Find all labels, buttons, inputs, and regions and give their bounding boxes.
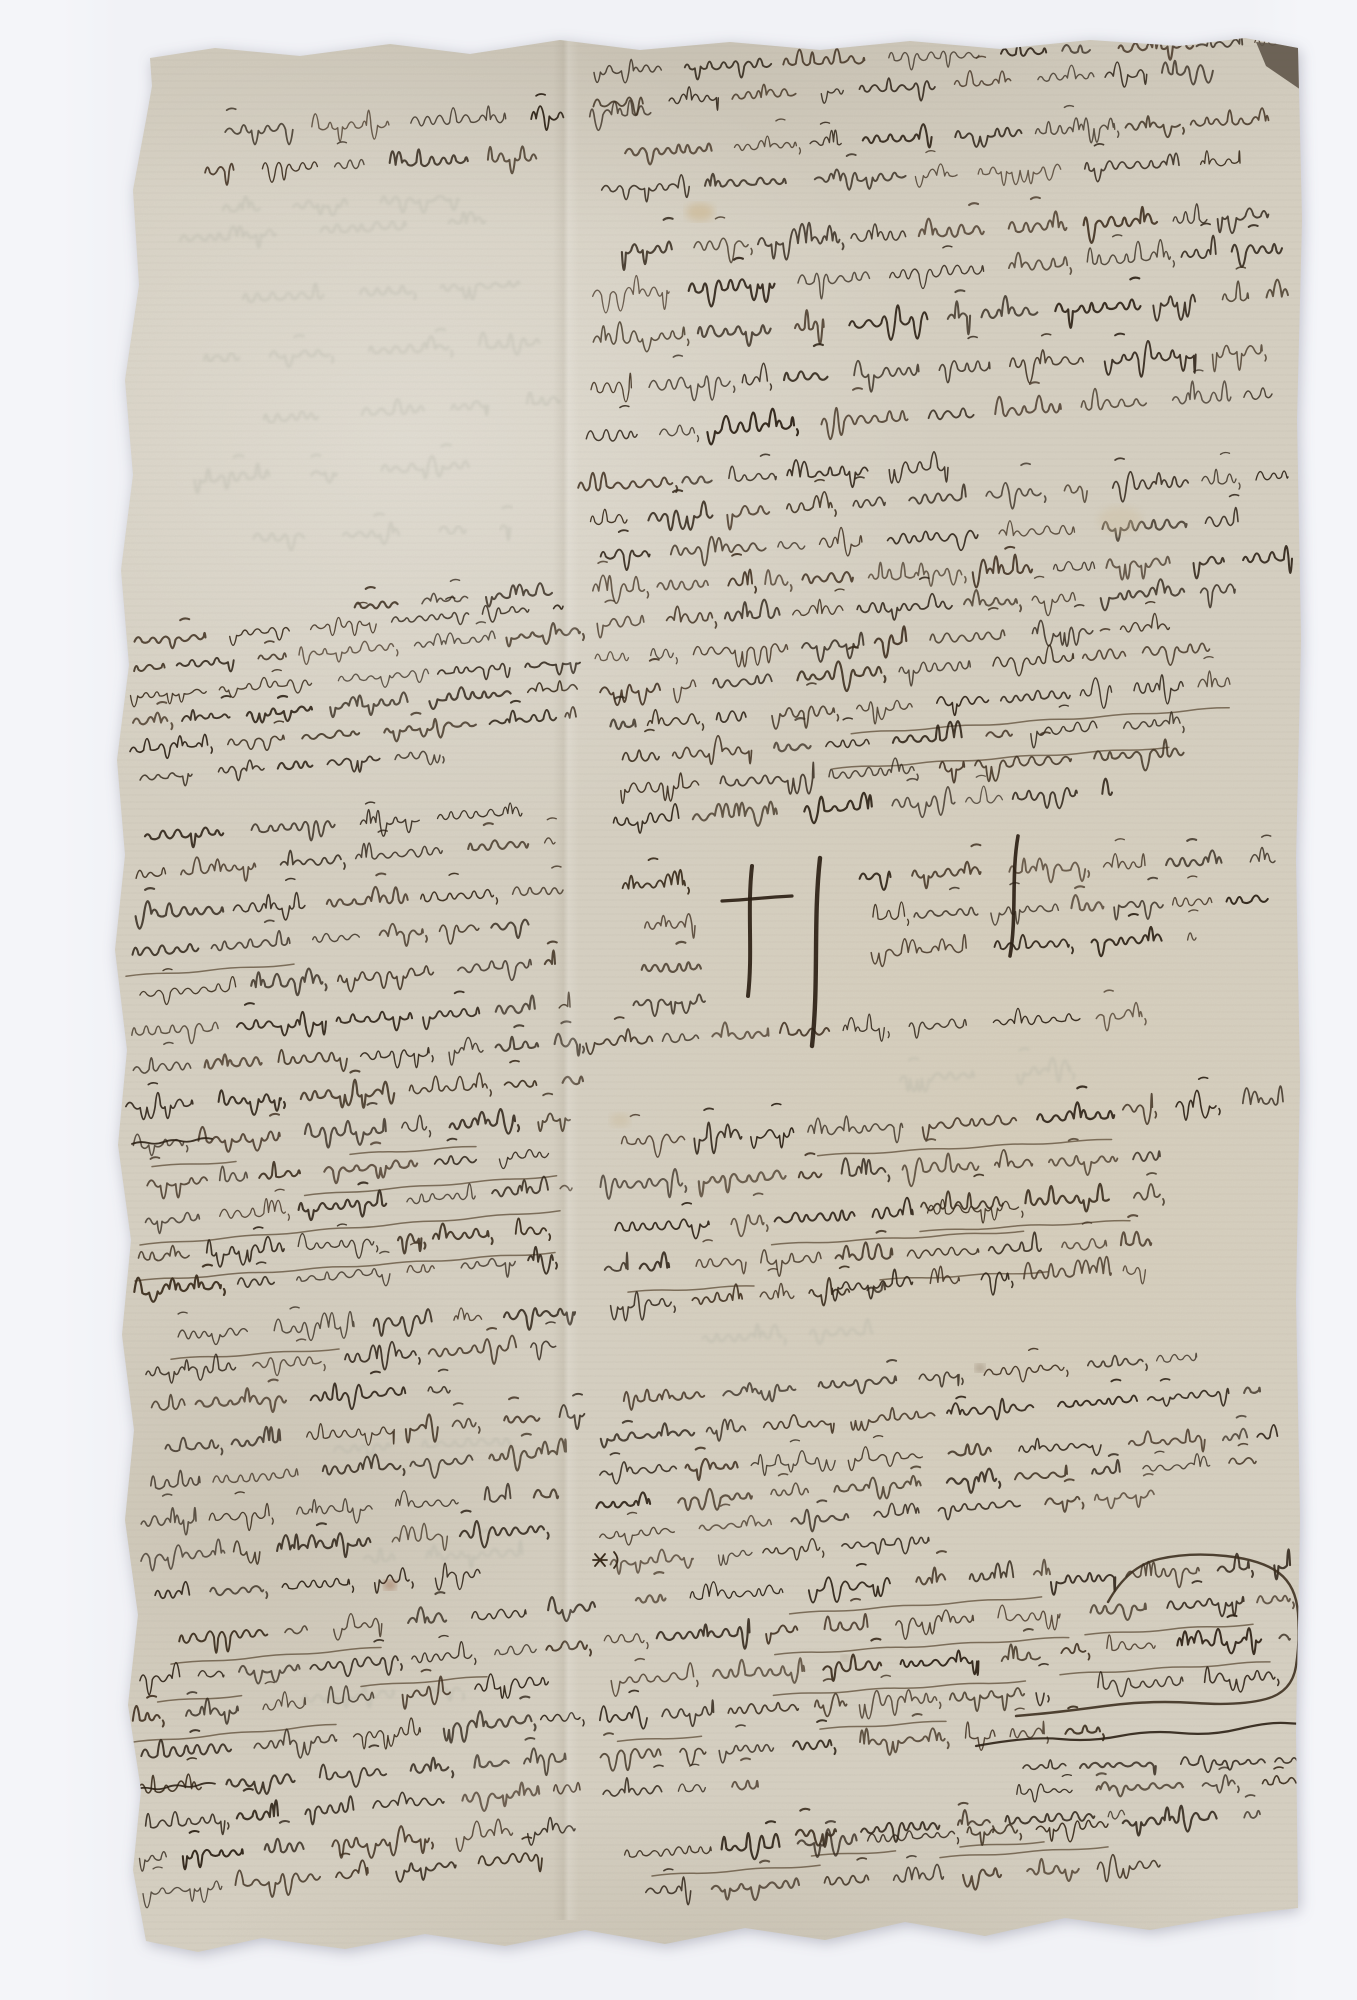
stain-spot <box>1098 506 1142 534</box>
deletion-cross-vertical <box>748 866 752 996</box>
stain-spot <box>686 203 714 221</box>
stain-spot <box>975 1364 985 1372</box>
stain-spot <box>610 1113 630 1127</box>
stain-spot <box>841 1655 849 1661</box>
stain-spot <box>384 1580 396 1590</box>
paper-grain-texture <box>0 0 1357 2000</box>
manuscript-sheet <box>0 0 1357 2000</box>
handwriting-layer <box>0 0 1357 2000</box>
scan-background <box>0 0 1357 2000</box>
paper-surface <box>0 0 1357 2000</box>
